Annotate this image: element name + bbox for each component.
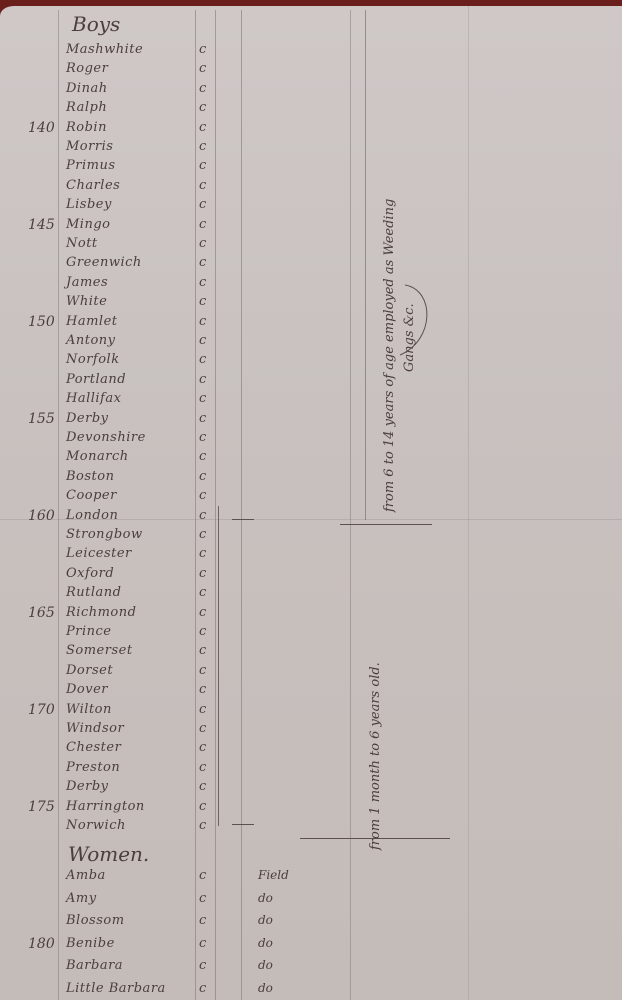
entry-mark: c — [199, 891, 206, 906]
entry-number: 170 — [28, 702, 55, 718]
entry-mark: c — [199, 740, 206, 755]
entry-name: Primus — [66, 158, 116, 173]
entry-mark: c — [199, 913, 206, 928]
entry-mark: c — [199, 469, 206, 484]
entry-name: Prince — [66, 624, 111, 639]
entry-name: Strongbow — [66, 527, 143, 542]
entry-name: Somerset — [66, 643, 133, 658]
entry-name: Little Barbara — [66, 981, 166, 996]
entry-name: Monarch — [66, 449, 129, 464]
entry-mark: c — [199, 958, 206, 973]
entry-number: 175 — [28, 799, 55, 815]
entry-mark: c — [199, 294, 206, 309]
entry-occupation: Field — [258, 868, 289, 882]
entry-name: Hamlet — [66, 314, 118, 329]
entry-occupation: do — [258, 891, 273, 905]
entry-number: 150 — [28, 314, 55, 330]
entry-number: 165 — [28, 605, 55, 621]
entry-name: Rutland — [66, 585, 122, 600]
entry-mark: c — [199, 430, 206, 445]
entry-name: Dorset — [66, 663, 113, 678]
entry-name: Amba — [66, 868, 106, 883]
entry-mark: c — [199, 702, 206, 717]
entry-mark: c — [199, 372, 206, 387]
entry-name: White — [66, 294, 107, 309]
entry-occupation: do — [258, 981, 273, 995]
entry-mark: c — [199, 508, 206, 523]
entry-mark: c — [199, 868, 206, 883]
bracket-tick — [232, 519, 254, 520]
entry-name: Hallifax — [66, 391, 121, 406]
entry-name: Preston — [66, 760, 120, 775]
entry-mark: c — [199, 352, 206, 367]
entry-occupation: do — [258, 913, 273, 927]
entry-mark: c — [199, 527, 206, 542]
entry-occupation: do — [258, 958, 273, 972]
entry-mark: c — [199, 411, 206, 426]
entry-name: Lisbey — [66, 197, 112, 212]
entry-name: Mingo — [66, 217, 111, 232]
entry-mark: c — [199, 566, 206, 581]
entry-name: Norfolk — [66, 352, 120, 367]
entry-name: London — [66, 508, 118, 523]
entry-name: Roger — [66, 61, 108, 76]
entry-mark: c — [199, 42, 206, 57]
entry-name: Nott — [66, 236, 98, 251]
bracket-tick — [232, 824, 254, 825]
entry-mark: c — [199, 217, 206, 232]
entry-mark: c — [199, 100, 206, 115]
entry-name: James — [66, 275, 108, 290]
entry-name: Benibe — [66, 936, 115, 951]
entry-mark: c — [199, 255, 206, 270]
section-heading-women: Women. — [68, 842, 149, 866]
entry-name: Norwich — [66, 818, 126, 833]
entry-name: Ralph — [66, 100, 107, 115]
entry-mark: c — [199, 314, 206, 329]
entry-name: Derby — [66, 411, 109, 426]
fold-crease — [468, 6, 469, 1000]
entry-mark: c — [199, 936, 206, 951]
entry-mark: c — [199, 236, 206, 251]
entry-mark: c — [199, 81, 206, 96]
bracket-line — [340, 524, 432, 525]
entry-mark: c — [199, 488, 206, 503]
entry-mark: c — [199, 197, 206, 212]
entry-mark: c — [199, 449, 206, 464]
entry-name: Wilton — [66, 702, 112, 717]
entry-mark: c — [199, 158, 206, 173]
entry-mark: c — [199, 760, 206, 775]
entry-name: Devonshire — [66, 430, 146, 445]
entry-name: Dinah — [66, 81, 108, 96]
entry-number: 155 — [28, 411, 55, 427]
entry-mark: c — [199, 546, 206, 561]
bracket-rule — [365, 10, 366, 520]
brace-curl-icon — [395, 280, 435, 360]
entry-mark: c — [199, 605, 206, 620]
entry-name: Amy — [66, 891, 97, 906]
entry-name: Portland — [66, 372, 126, 387]
entry-mark: c — [199, 275, 206, 290]
section-heading-boys: Boys — [72, 12, 120, 36]
entry-mark: c — [199, 818, 206, 833]
entry-name: Derby — [66, 779, 109, 794]
entry-name: Greenwich — [66, 255, 142, 270]
entry-number: 180 — [28, 936, 55, 952]
entry-name: Mashwhite — [66, 42, 143, 57]
entry-mark: c — [199, 721, 206, 736]
entry-name: Charles — [66, 178, 120, 193]
entry-name: Morris — [66, 139, 113, 154]
entry-number: 140 — [28, 120, 55, 136]
entry-name: Boston — [66, 469, 114, 484]
entry-mark: c — [199, 682, 206, 697]
entry-name: Windsor — [66, 721, 124, 736]
bracket-rule — [218, 506, 219, 826]
column-rule — [58, 10, 59, 1000]
entry-name: Blossom — [66, 913, 125, 928]
entry-name: Richmond — [66, 605, 136, 620]
entry-name: Cooper — [66, 488, 117, 503]
entry-mark: c — [199, 643, 206, 658]
entry-mark: c — [199, 391, 206, 406]
entry-name: Oxford — [66, 566, 114, 581]
entry-name: Robin — [66, 120, 107, 135]
column-rule — [195, 10, 196, 1000]
entry-mark: c — [199, 981, 206, 996]
entry-mark: c — [199, 663, 206, 678]
entry-name: Dover — [66, 682, 108, 697]
column-rule — [215, 10, 216, 1000]
vertical-note-infants: from 1 month to 6 years old. — [368, 662, 383, 850]
entry-name: Antony — [66, 333, 116, 348]
entry-mark: c — [199, 61, 206, 76]
entry-mark: c — [199, 120, 206, 135]
entry-mark: c — [199, 779, 206, 794]
column-rule — [241, 10, 242, 1000]
column-rule — [350, 10, 351, 1000]
entry-mark: c — [199, 624, 206, 639]
entry-number: 145 — [28, 217, 55, 233]
entry-name: Barbara — [66, 958, 123, 973]
entry-name: Leicester — [66, 546, 132, 561]
entry-mark: c — [199, 139, 206, 154]
entry-name: Chester — [66, 740, 121, 755]
entry-mark: c — [199, 178, 206, 193]
entry-name: Harrington — [66, 799, 145, 814]
entry-number: 160 — [28, 508, 55, 524]
entry-occupation: do — [258, 936, 273, 950]
entry-mark: c — [199, 585, 206, 600]
entry-mark: c — [199, 333, 206, 348]
entry-mark: c — [199, 799, 206, 814]
